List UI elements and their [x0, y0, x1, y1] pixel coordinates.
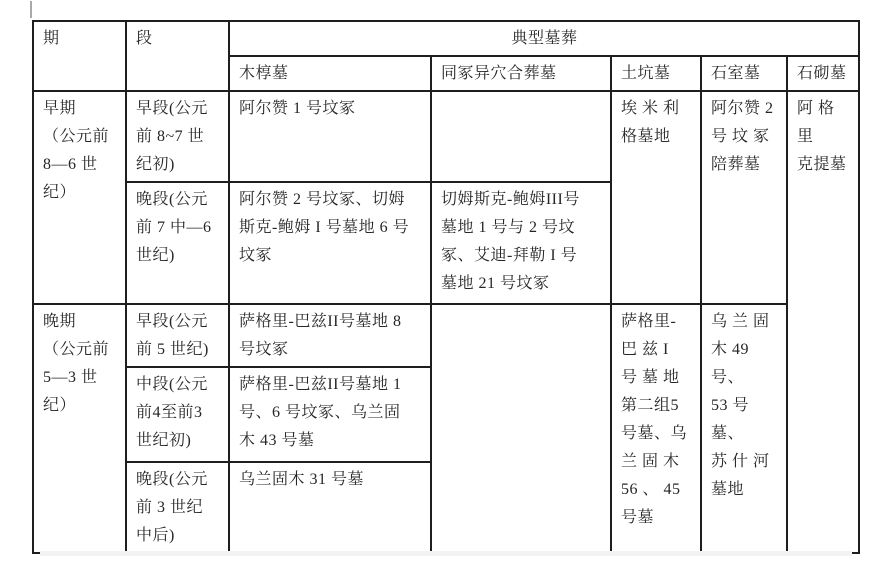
cell-early-stage2-joint-burial: 切姆斯克-鲍姆III号 墓地 1 号与 2 号坟 冢、艾迪-拜勒 I 号 墓地 …	[431, 182, 611, 304]
header-row-1: 期 段 典型墓葬	[33, 21, 859, 56]
cell-late-period-label: 晚期 （公元前 5—3 世 纪）	[33, 304, 126, 553]
cell-late-joint-burial-empty	[431, 304, 611, 553]
row-late-stage1: 晚期 （公元前 5—3 世 纪） 早段(公元 前 5 世纪) 萨格里-巴兹II号…	[33, 304, 859, 367]
cell-late-earth-pit: 萨格里- 巴 兹 I 号 墓 地 第二组5 号墓、乌 兰 固 木 56 、 45…	[611, 304, 701, 553]
header-typical-tombs: 典型墓葬	[229, 21, 859, 56]
cell-early-stage2-wooden-chamber: 阿尔赞 2 号坟冢、切姆 斯克-鲍姆 I 号墓地 6 号 坟冢	[229, 182, 431, 304]
cell-late-stage3-label: 晚段(公元 前 3 世纪 中后)	[126, 462, 229, 553]
cell-late-stone-chamber: 乌 兰 固 木 49 号、 53 号墓、 苏 什 河 墓地	[701, 304, 787, 553]
cell-early-stage1-wooden-chamber: 阿尔赞 1 号坟冢	[229, 91, 431, 182]
header-stone-chamber-tomb: 石室墓	[701, 56, 787, 91]
cell-early-stage1-joint-burial-empty	[431, 91, 611, 182]
cell-late-stage1-label: 早段(公元 前 5 世纪)	[126, 304, 229, 367]
document-page: 期 段 典型墓葬 木椁墓 同冢异穴合葬墓 土坑墓 石室墓 石砌墓 早期 （公元前…	[0, 0, 888, 561]
cell-early-period-label: 早期 （公元前 8—6 世 纪）	[33, 91, 126, 304]
cell-early-stone-chamber: 阿尔赞 2 号 坟 冢 陪葬墓	[701, 91, 787, 304]
cell-early-earth-pit: 埃 米 利 格墓地	[611, 91, 701, 304]
row-early-stage1: 早期 （公元前 8—6 世 纪） 早段(公元 前 8~7 世 纪初) 阿尔赞 1…	[33, 91, 859, 182]
scan-artifact-mark	[30, 1, 32, 18]
header-stone-built-tomb: 石砌墓	[787, 56, 859, 91]
cell-late-stage3-wooden-chamber: 乌兰固木 31 号墓	[229, 462, 431, 553]
cell-stone-built-all-periods: 阿 格 里 克提墓	[787, 91, 859, 553]
cell-late-stage1-wooden-chamber: 萨格里-巴兹II号墓地 8 号坟冢	[229, 304, 431, 367]
cell-early-stage2-label: 晚段(公元 前 7 中—6 世纪)	[126, 182, 229, 304]
header-wooden-chamber-tomb: 木椁墓	[229, 56, 431, 91]
header-same-mound-joint-burial-tomb: 同冢异穴合葬墓	[431, 56, 611, 91]
cell-early-stage1-label: 早段(公元 前 8~7 世 纪初)	[126, 91, 229, 182]
scan-shadow	[40, 551, 852, 556]
tomb-typology-table: 期 段 典型墓葬 木椁墓 同冢异穴合葬墓 土坑墓 石室墓 石砌墓 早期 （公元前…	[32, 20, 860, 554]
header-earth-pit-tomb: 土坑墓	[611, 56, 701, 91]
header-stage: 段	[126, 21, 229, 91]
cell-late-stage2-label: 中段(公元 前4至前3 世纪初)	[126, 367, 229, 462]
cell-late-stage2-wooden-chamber: 萨格里-巴兹II号墓地 1 号、6 号坟冢、乌兰固 木 43 号墓	[229, 367, 431, 462]
header-period: 期	[33, 21, 126, 91]
